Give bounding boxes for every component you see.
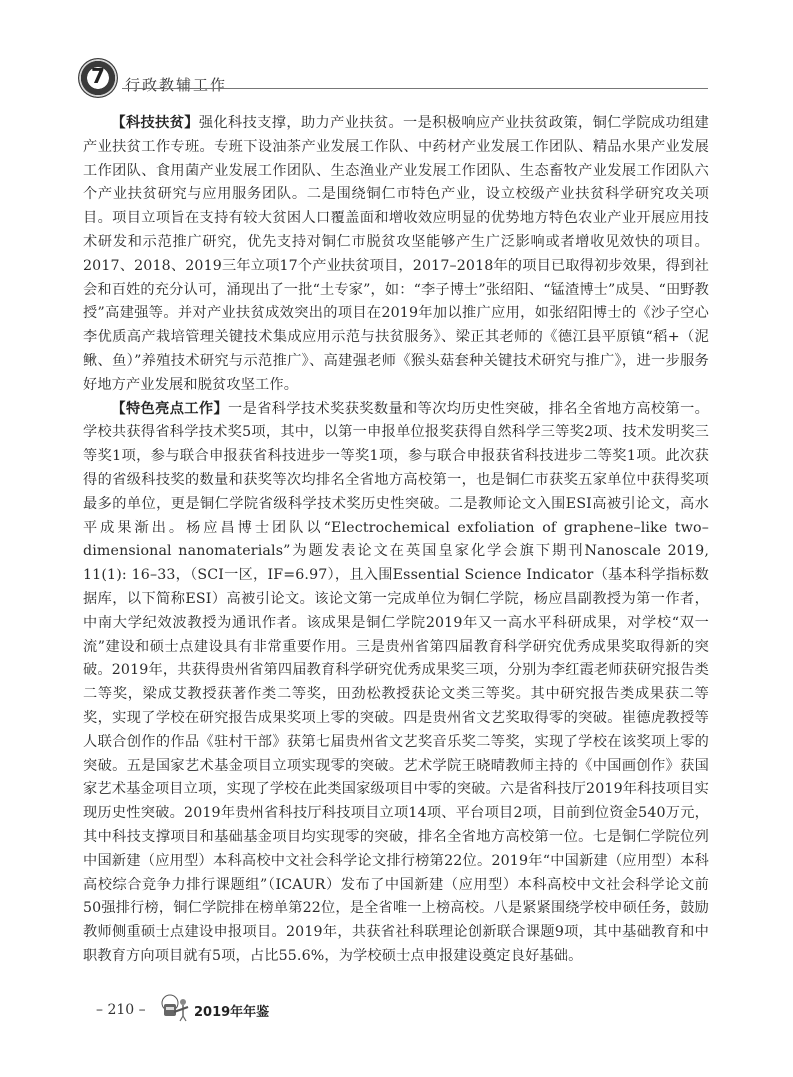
paragraph-highlight-work: 【特色亮点工作】一是省科学技术奖获奖数量和等次均历史性突破，排名全省地方高校第一… — [83, 398, 709, 969]
article-body: 【科技扶贫】强化科技支撑，助力产业扶贫。一是积极响应产业扶贫政策，铜仁学院成功组… — [83, 112, 709, 969]
yearbook-title: 2019年年鉴 — [194, 1001, 269, 1020]
paragraph-text: 强化科技支撑，助力产业扶贫。一是积极响应产业扶贫政策，铜仁学院成功组建产业扶贫工… — [83, 115, 709, 393]
section-title: 行政教辅工作 — [125, 74, 227, 95]
paragraph-lead-heading: 【科技扶贫】 — [111, 115, 199, 131]
page-number: – 210 – — [96, 1002, 146, 1018]
paragraph-tech-poverty-alleviation: 【科技扶贫】强化科技支撑，助力产业扶贫。一是积极响应产业扶贫政策，铜仁学院成功组… — [83, 112, 709, 398]
paragraph-lead-heading: 【特色亮点工作】 — [111, 401, 228, 417]
mascot-icon — [160, 994, 190, 1022]
page-header: 7 行政教辅工作 — [78, 58, 708, 98]
paragraph-text: 一是省科学技术奖获奖数量和等次均历史性突破，排名全省地方高校第一。学校共获得省科… — [83, 401, 709, 964]
university-logo-icon: 7 — [78, 58, 118, 98]
header-divider — [122, 88, 708, 89]
logo-number: 7 — [78, 64, 118, 88]
